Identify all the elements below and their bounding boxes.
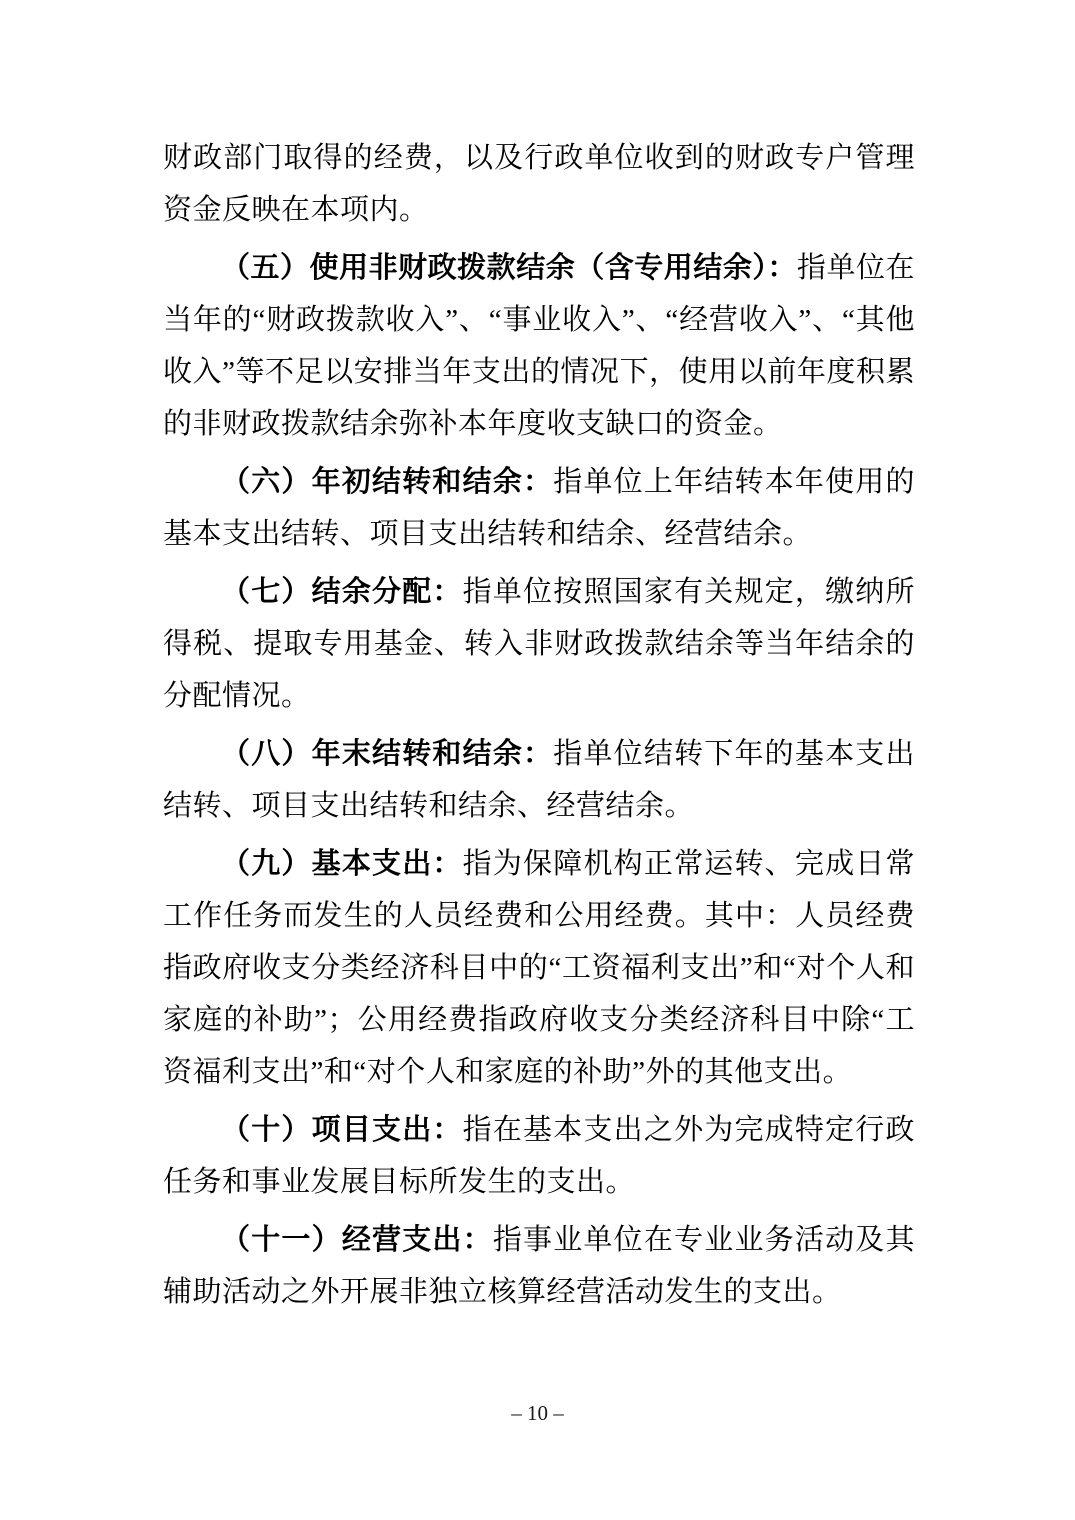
paragraph: （六）年初结转和结余：指单位上年结转本年使用的基本支出结转、项目支出结转和结余、… [163,456,915,560]
paragraph-head: （八）年末结转和结余： [221,738,553,770]
paragraph-head: （十一）经营支出： [221,1224,493,1256]
paragraph-head: （五）使用非财政拨款结余（含专用结余）： [221,252,797,284]
paragraph-head: （七）结余分配： [221,576,463,608]
paragraph: （五）使用非财政拨款结余（含专用结余）：指单位在当年的“财政拨款收入”、“事业收… [163,242,915,450]
paragraph-body: 财政部门取得的经费，以及行政单位收到的财政专户管理资金反映在本项内。 [163,142,915,226]
paragraph: （十一）经营支出：指事业单位在专业业务活动及其辅助活动之外开展非独立核算经营活动… [163,1214,915,1318]
paragraph: （七）结余分配：指单位按照国家有关规定，缴纳所得税、提取专用基金、转入非财政拨款… [163,566,915,722]
paragraph-head: （十）项目支出： [221,1114,463,1146]
paragraph: （八）年末结转和结余：指单位结转下年的基本支出结转、项目支出结转和结余、经营结余… [163,728,915,832]
paragraph: （九）基本支出：指为保障机构正常运转、完成日常工作任务而发生的人员经费和公用经费… [163,838,915,1098]
document-page: 财政部门取得的经费，以及行政单位收到的财政专户管理资金反映在本项内。 （五）使用… [0,0,1075,1520]
paragraph: （十）项目支出：指在基本支出之外为完成特定行政任务和事业发展目标所发生的支出。 [163,1104,915,1208]
page-number: – 10 – [0,1398,1075,1428]
paragraph-body: 指为保障机构正常运转、完成日常工作任务而发生的人员经费和公用经费。其中：人员经费… [163,848,915,1088]
paragraph: 财政部门取得的经费，以及行政单位收到的财政专户管理资金反映在本项内。 [163,132,915,236]
document-body: 财政部门取得的经费，以及行政单位收到的财政专户管理资金反映在本项内。 （五）使用… [163,132,915,1324]
paragraph-head: （六）年初结转和结余： [221,466,553,498]
paragraph-head: （九）基本支出： [221,848,463,880]
